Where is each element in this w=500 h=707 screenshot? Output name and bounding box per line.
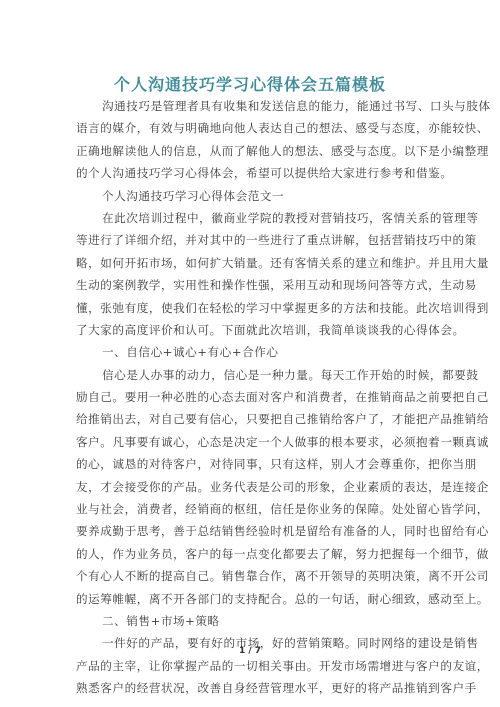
text-line: 略，如何开拓市场，如何扩大销量。还有客情关系的建立和维护。并且用大量	[76, 252, 428, 274]
text-line: 的人，作为业务员，客户的每一点变化都要去了解，努力把握每一个细节，做	[76, 543, 428, 565]
text-line: 了大家的高度评价和认可。下面就此次培训，我简单谈谈我的心得体会。	[76, 319, 428, 341]
text-line: 沟通技巧是管理者具有收集和发送信息的能力，能通过书写、口头与肢体	[76, 95, 428, 117]
text-line: 的心，诚恳的对待客户，对待同事，只有这样，别人才会尊重你，把你当朋	[76, 453, 428, 475]
text-line: 的个人沟通技巧学习心得体会，希望可以提供给大家进行参考和借鉴。	[76, 162, 428, 184]
text-line: 个人沟通技巧学习心得体会范文一	[76, 185, 428, 207]
document-title: 个人沟通技巧学习心得体会五篇模板	[0, 72, 500, 95]
text-line: 的运筹帷幄，离不开各部门的支持配合。总的一句话，耐心细致，感动至上。	[76, 588, 428, 610]
text-line: 个有心人不断的提高自己。销售靠合作，离不开领导的英明决策，离不开公司	[76, 565, 428, 587]
text-line: 信心是人办事的动力，信心是一种力量。每天工作开始的时候，都要鼓	[76, 364, 428, 386]
text-line: 友，才会接受你的产品。业务代表是公司的形象，企业素质的表达，是连接企	[76, 476, 428, 498]
document-page: 个人沟通技巧学习心得体会五篇模板 沟通技巧是管理者具有收集和发送信息的能力，能通…	[0, 0, 500, 707]
text-line: 在此次培训过程中，徽商业学院的教授对营销技巧，客情关系的管理等	[76, 207, 428, 229]
text-line: 二、销售+市场+策略	[76, 610, 428, 632]
text-line: 业与社会，消费者，经销商的枢纽，信任是你业务的保障。处处留心皆学问，	[76, 498, 428, 520]
text-line: 产品的主宰，让你掌握产品的一切相关事由。开发市场需增进与客户的友谊，	[76, 655, 428, 677]
text-line: 一、自信心+诚心+有心+合作心	[76, 341, 428, 363]
text-line: 生动的案例教学，实用性和操作性强，采用互动和现场问答等方式，生动易	[76, 274, 428, 296]
text-line: 客户。凡事要有诚心，心态是决定一个人做事的根本要求，必须抱着一颗真诚	[76, 431, 428, 453]
text-line: 给推销出去，对自己要有信心，只要把自己推销给客户了，才能把产品推销给	[76, 408, 428, 430]
page-indicator: 1 / 7	[0, 646, 500, 656]
text-line: 语言的媒介，有效与明确地向他人表达自己的想法、感受与态度，亦能较快、	[76, 117, 428, 139]
text-line: 等进行了详细介绍，并对其中的一些进行了重点讲解，包括营销技巧中的策	[76, 229, 428, 251]
text-line: 正确地解读他人的信息，从而了解他人的想法、感受与态度。以下是小编整理	[76, 140, 428, 162]
text-line: 励自己。要用一种必胜的心态去面对客户和消费者，在推销商品之前要把自己	[76, 386, 428, 408]
text-line: 熟悉客户的经营状况，改善自身经营管理水平，更好的将产品推销到客户手	[76, 677, 428, 699]
text-line: 懂，张弛有度，使我们在轻松的学习中掌握更多的方法和技能。此次培训得到	[76, 297, 428, 319]
text-line: 要养成勤于思考，善于总结销售经验时机是留给有准备的人，同时也留给有心	[76, 520, 428, 542]
document-body: 沟通技巧是管理者具有收集和发送信息的能力，能通过书写、口头与肢体语言的媒介，有效…	[76, 95, 428, 700]
